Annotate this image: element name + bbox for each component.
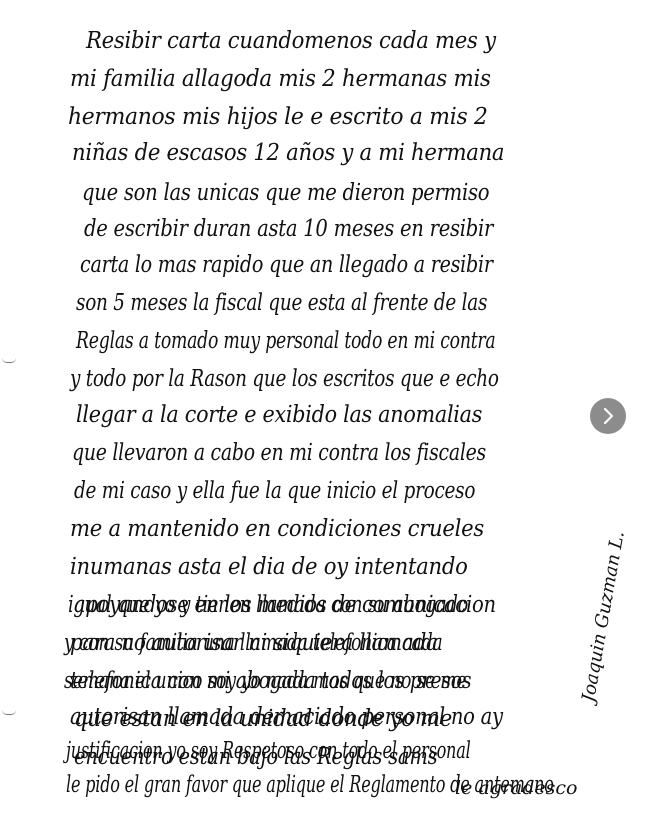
letter-line: mi familia allagoda mis 2 hermanas mis: [70, 66, 491, 92]
letter-closing: le agradesco: [455, 777, 578, 799]
letter-line: hermanos mis hijos le e escrito a mis 2: [68, 104, 488, 130]
next-page-button[interactable]: [590, 398, 626, 434]
letter-line: que llevaron a cabo en mi contra los fis…: [72, 440, 486, 466]
letter-line: carta lo mas rapido que an llegado a res…: [80, 252, 493, 278]
letter-line: igual que yo y tienen llamada con su abo…: [68, 592, 468, 618]
letter-line: me a mantenido en condiciones crueles: [70, 516, 484, 542]
document-page: Resibir carta cuandomenos cada mes y mi …: [0, 0, 669, 815]
signature: Joaquin Guzman L.: [578, 529, 629, 703]
letter-line: semana el unico soy yo nada mas que no s…: [64, 668, 466, 694]
letter-line: inumanas asta el dia de oy intentando: [70, 554, 468, 580]
letter-line: son 5 meses la fiscal que esta al frente…: [76, 290, 487, 316]
letter-line: Resibir carta cuandomenos cada mes y: [86, 28, 496, 54]
letter-line: justificacion yo soy Respetoso con todo …: [66, 738, 471, 764]
letter-line: de escribir duran asta 10 meses en resib…: [84, 216, 493, 242]
letter-line: autorisan llamada demaciado personal no …: [70, 704, 503, 730]
letter-line: y con su familia una llamada telefonica …: [64, 630, 442, 656]
letter-line: llegar a la corte e exibido las anomalia…: [76, 402, 482, 428]
scan-margin-mark: [2, 358, 16, 363]
letter-line: y todo por la Rason que los escritos que…: [70, 366, 499, 392]
letter-line: que son las unicas que me dieron permiso: [82, 180, 489, 206]
chevron-right-icon: [601, 407, 615, 425]
letter-line: de mi caso y ella fue la que inicio el p…: [74, 478, 475, 504]
scan-margin-mark: [2, 710, 16, 715]
letter-line: Reglas a tomado muy personal todo en mi …: [76, 328, 495, 354]
letter-line: niñas de escasos 12 años y a mi hermana: [72, 140, 504, 166]
